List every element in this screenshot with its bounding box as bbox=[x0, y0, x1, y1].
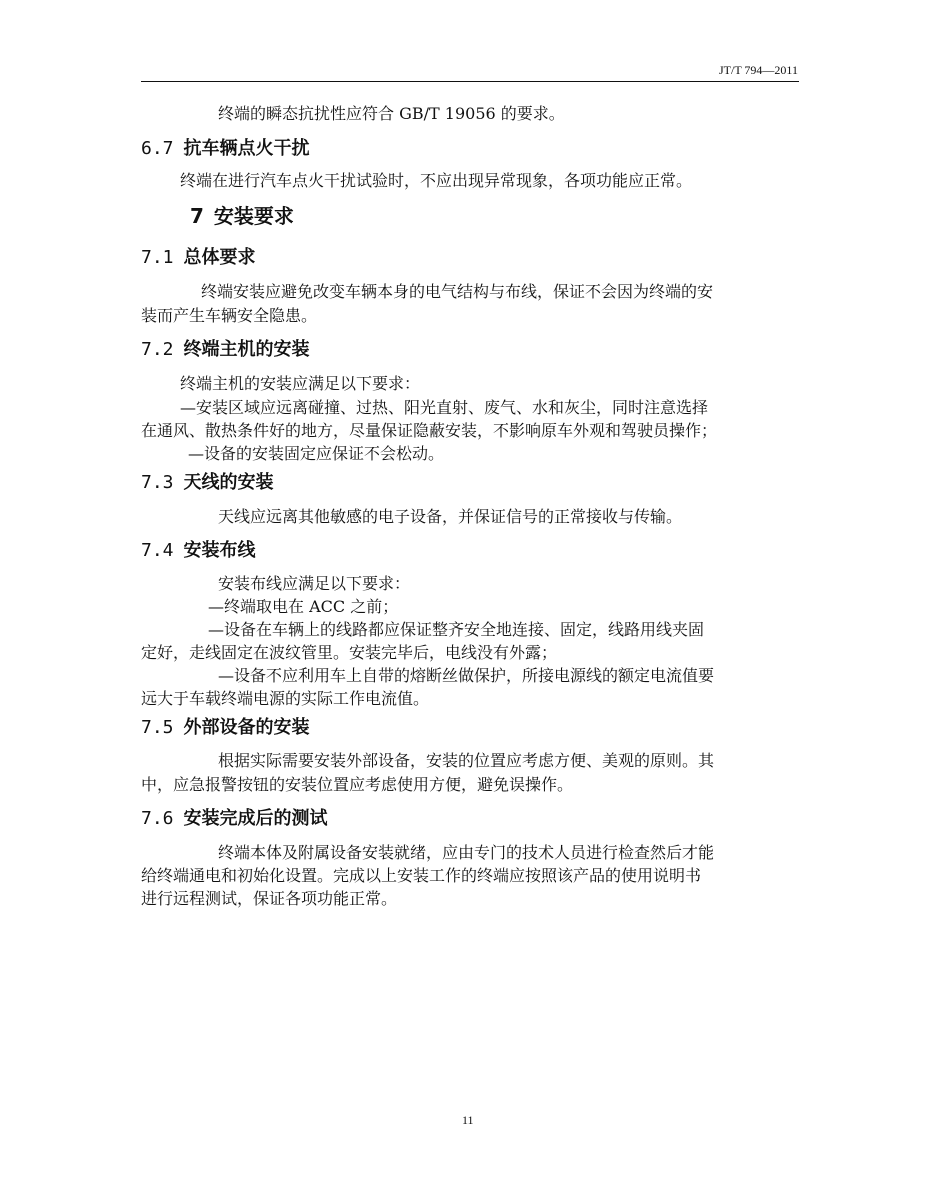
section-number: 7.5 bbox=[141, 717, 174, 738]
paragraph-line: 天线应远离其他敏感的电子设备，并保证信号的正常接收与传输。 bbox=[218, 507, 682, 527]
section-6-7-heading: 6.7抗车辆点火干扰 bbox=[141, 138, 310, 160]
list-item: —终端取电在 ACC 之前； bbox=[208, 597, 398, 617]
section-number: 7.1 bbox=[141, 247, 174, 268]
chapter-number: 7 bbox=[190, 204, 204, 228]
paragraph-line: 装而产生车辆安全隐患。 bbox=[141, 306, 317, 326]
section-7-1-heading: 7.1总体要求 bbox=[141, 247, 256, 269]
section-7-4-heading: 7.4安装布线 bbox=[141, 540, 256, 562]
section-title: 终端主机的安装 bbox=[184, 339, 310, 360]
list-item: —安装区域应远离碰撞、过热、阳光直射、废气、水和灰尘，同时注意选择 bbox=[180, 398, 708, 418]
header-rule bbox=[141, 81, 799, 82]
section-title: 安装完成后的测试 bbox=[184, 808, 328, 829]
paragraph: 终端在进行汽车点火干扰试验时，不应出现异常现象，各项功能应正常。 bbox=[180, 171, 692, 191]
standard-code: JT/T 794—2011 bbox=[719, 63, 798, 78]
paragraph-line: 中，应急报警按钮的安装位置应考虑使用方便，避免误操作。 bbox=[141, 775, 573, 795]
list-item-continued: 定好，走线固定在波纹管里。安装完毕后，电线没有外露； bbox=[141, 643, 557, 663]
paragraph-line: 安装布线应满足以下要求： bbox=[218, 574, 410, 594]
list-item: —设备在车辆上的线路都应保证整齐安全地连接、固定，线路用线夹固 bbox=[208, 620, 704, 640]
section-title: 天线的安装 bbox=[184, 472, 274, 493]
chapter-7-heading: 7安装要求 bbox=[190, 204, 294, 228]
list-item-continued: 远大于车载终端电源的实际工作电流值。 bbox=[141, 689, 429, 709]
paragraph-line: 终端本体及附属设备安装就绪，应由专门的技术人员进行检查然后才能 bbox=[218, 843, 714, 863]
page-number: 11 bbox=[462, 1113, 474, 1128]
section-title: 安装布线 bbox=[184, 540, 256, 561]
chapter-title: 安装要求 bbox=[214, 204, 294, 228]
list-item: —设备的安装固定应保证不会松动。 bbox=[188, 444, 444, 464]
paragraph-line: 终端安装应避免改变车辆本身的电气结构与布线，保证不会因为终端的安 bbox=[201, 282, 713, 302]
list-item-continued: 在通风、散热条件好的地方，尽量保证隐蔽安装，不影响原车外观和驾驶员操作； bbox=[141, 421, 717, 441]
section-title: 总体要求 bbox=[184, 247, 256, 268]
section-7-2-heading: 7.2终端主机的安装 bbox=[141, 339, 310, 361]
section-7-6-heading: 7.6安装完成后的测试 bbox=[141, 808, 328, 830]
paragraph-line: 终端主机的安装应满足以下要求： bbox=[180, 374, 420, 394]
intro-text: 终端的瞬态抗扰性应符合 GB/T 19056 的要求。 bbox=[218, 104, 565, 124]
section-number: 7.3 bbox=[141, 472, 174, 493]
paragraph-line: 根据实际需要安装外部设备，安装的位置应考虑方便、美观的原则。其 bbox=[218, 751, 714, 771]
section-title: 抗车辆点火干扰 bbox=[184, 138, 310, 159]
section-number: 7.6 bbox=[141, 808, 174, 829]
section-7-5-heading: 7.5外部设备的安装 bbox=[141, 717, 310, 739]
list-item: —设备不应利用车上自带的熔断丝做保护，所接电源线的额定电流值要 bbox=[218, 666, 714, 686]
section-7-3-heading: 7.3天线的安装 bbox=[141, 472, 274, 494]
section-number: 7.4 bbox=[141, 540, 174, 561]
paragraph-line: 给终端通电和初始化设置。完成以上安装工作的终端应按照该产品的使用说明书 bbox=[141, 866, 701, 886]
section-number: 7.2 bbox=[141, 339, 174, 360]
paragraph-line: 进行远程测试，保证各项功能正常。 bbox=[141, 889, 397, 909]
section-title: 外部设备的安装 bbox=[184, 717, 310, 738]
section-number: 6.7 bbox=[141, 138, 174, 159]
